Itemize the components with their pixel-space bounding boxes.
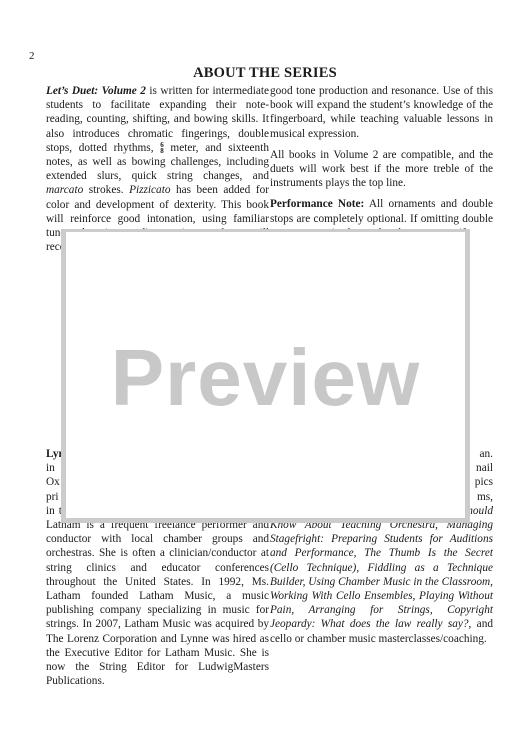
book-title: Let’s Duet: Volume 2 [46, 85, 146, 97]
bio-paragraph: in the Winston-Salem, North Carolina are… [46, 504, 269, 689]
about-paragraph-1-continued: good tone production and resonance. Use … [270, 84, 493, 141]
about-column-right: good tone production and resonance. Use … [270, 84, 493, 240]
topics-list: The Top 10 Things the Band Director Shou… [270, 504, 493, 646]
preview-overlay: Preview [61, 229, 470, 523]
topics-titles: The Top 10 Things the Band Director Shou… [270, 505, 493, 631]
page-number: 2 [29, 50, 35, 62]
section-title: ABOUT THE SERIES [0, 65, 530, 82]
performance-note-label: Performance Note: [270, 198, 364, 210]
preview-watermark: Preview [111, 332, 420, 424]
about-paragraph-2: All books in Volume 2 are compatible, an… [270, 148, 493, 191]
